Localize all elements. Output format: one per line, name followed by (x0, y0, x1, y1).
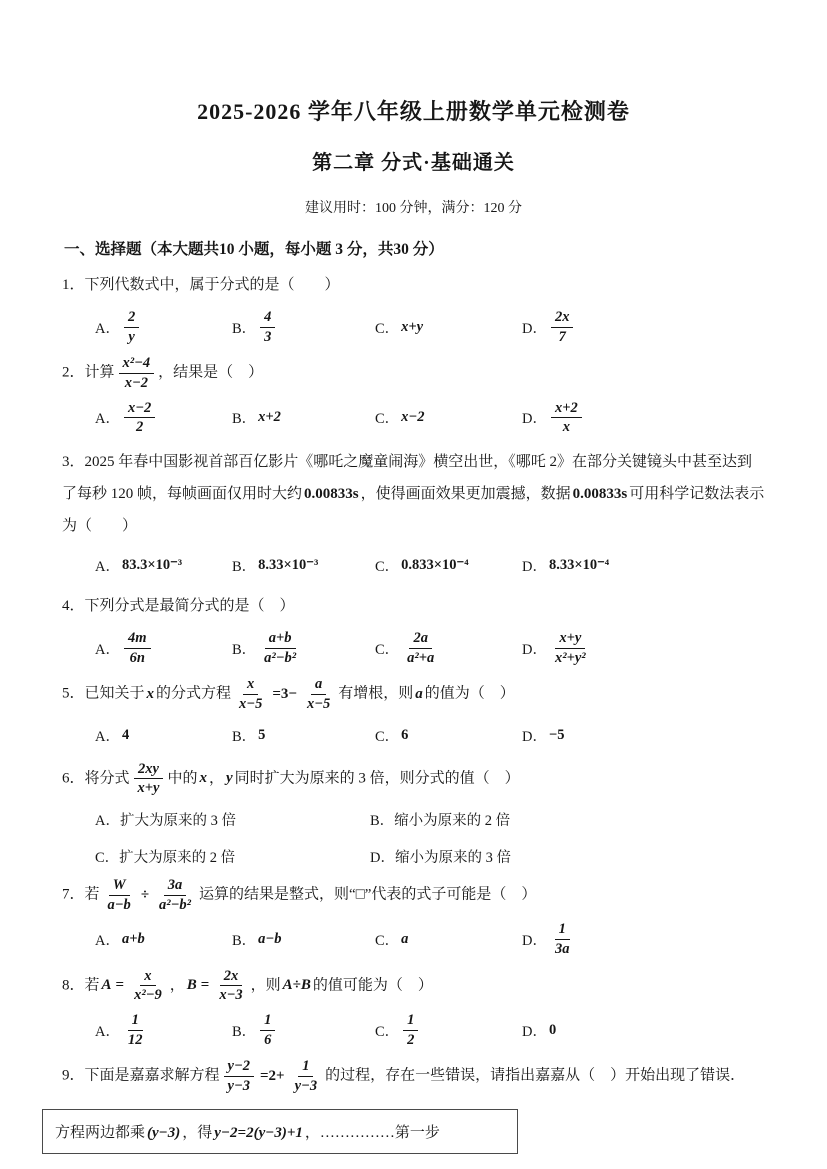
fraction: 2x7 (551, 309, 574, 345)
option: D．8.33×10⁻⁴ (522, 555, 765, 576)
fraction-numerator: 4 (260, 309, 275, 328)
fraction-numerator: 2a (409, 630, 432, 649)
fraction: 2aa²+a (403, 630, 438, 666)
option: C．扩大为原来的 2 倍 (95, 846, 370, 867)
option-label: C． (95, 846, 119, 867)
option-row: A．x−22B．x+2C．x−2D．x+2x (95, 400, 765, 436)
exam-page: 2025-2026 学年八年级上册数学单元检测卷 第二章 分式·基础通关 建议用… (0, 0, 827, 1169)
fraction: x+yx²+y² (551, 630, 590, 666)
option: C．x+y (375, 317, 522, 338)
fraction-numerator: 2xy (134, 761, 163, 780)
fraction-denominator: a²−b² (260, 649, 300, 667)
stem-text: ，结果是（ ） (158, 365, 263, 381)
option-label: A． (95, 317, 120, 338)
stem-text: 的值可能为（ ） (313, 977, 433, 993)
option-label: C． (375, 407, 399, 428)
option-row: A．4B．5C．6D．−5 (95, 721, 765, 751)
fraction: y−2y−3 (224, 1058, 254, 1094)
option: B．43 (232, 309, 375, 345)
option-label: D． (370, 846, 395, 867)
option: D．x+yx²+y² (522, 630, 765, 666)
stem-text: ，使得画面效果更加震撼，数据 (361, 486, 571, 502)
fraction-denominator: x (559, 418, 574, 436)
option-label: D． (522, 407, 547, 428)
question-stem: 9．下面是嘉嘉求解方程y−2y−3=2+1y−3的过程，存在一些错误，请指出嘉嘉… (62, 1058, 765, 1094)
math-expression: y (224, 770, 235, 786)
chapter-subtitle: 第二章 分式·基础通关 (62, 146, 765, 175)
option: A．扩大为原来的 3 倍 (95, 809, 370, 830)
math-expression: x (145, 686, 157, 702)
fraction-numerator: 1 (298, 1058, 313, 1077)
question: 6．将分式2xyx+y中的x，y同时扩大为原来的 3 倍，则分式的值（ ）A．扩… (62, 761, 765, 867)
fraction: 112 (124, 1012, 147, 1048)
option: A．x−22 (95, 400, 232, 436)
math-expression: a+b (120, 931, 147, 948)
stem-text: 1．下列代数式中，属于分式的是（ ） (62, 277, 340, 293)
fraction-numerator: 2x (551, 309, 574, 328)
fraction-numerator: 1 (555, 921, 570, 940)
math-number: =3− (270, 686, 299, 702)
fraction: ax−5 (303, 676, 334, 712)
option: C．2aa²+a (375, 630, 522, 666)
math-expression: a−b (256, 931, 283, 948)
stem-text: 2．计算 (62, 365, 115, 381)
fraction-numerator: y−2 (224, 1058, 254, 1077)
fraction-denominator: a²+a (403, 649, 438, 667)
stem-text: 缩小为原来的 3 倍 (395, 846, 511, 867)
option-label: B． (232, 725, 256, 746)
fraction-numerator: W (109, 877, 130, 896)
fraction-numerator: 1 (260, 1012, 275, 1031)
math-expression: a (399, 931, 410, 948)
question-stem: 6．将分式2xyx+y中的x，y同时扩大为原来的 3 倍，则分式的值（ ） (62, 761, 765, 797)
math-number: 83.3×10⁻³ (120, 557, 184, 574)
question: 2．计算x²−4x−2，结果是（ ）A．x−22B．x+2C．x−2D．x+2x (62, 355, 765, 436)
fraction: 13a (551, 921, 574, 957)
stem-text: ，得 (182, 1125, 212, 1141)
option-label: B． (232, 407, 256, 428)
option: C．0.833×10⁻⁴ (375, 555, 522, 576)
stem-text: 4．下列分式是最简分式的是（ ） (62, 598, 295, 614)
option: B．16 (232, 1012, 375, 1048)
option: A．4m6n (95, 630, 232, 666)
option-label: A． (95, 1020, 120, 1041)
stem-text: 8．若 (62, 977, 100, 993)
fraction-numerator: 1 (128, 1012, 143, 1031)
math-expression: x (197, 770, 209, 786)
fraction-denominator: y (124, 328, 138, 346)
option-row: A．83.3×10⁻³B．8.33×10⁻³C．0.833×10⁻⁴D．8.33… (95, 550, 765, 580)
option-label: D． (522, 555, 547, 576)
question: 8．若A=xx²−9，B=2xx−3，则A÷B的值可能为（ ）A．112B．16… (62, 968, 765, 1049)
option-label: C． (375, 725, 399, 746)
question-stem: 7．若Wa−b÷3aa²−b²运算的结果是整式，则“□”代表的式子可能是（ ） (62, 877, 765, 913)
fraction: 2xyx+y (134, 761, 164, 797)
math-expression: (y−3) (145, 1125, 182, 1141)
option-label: A． (95, 929, 120, 950)
fraction-denominator: x²−9 (130, 986, 166, 1004)
option-label: B． (232, 555, 256, 576)
fraction: 12 (403, 1012, 418, 1048)
stem-text: 第一步 (395, 1125, 440, 1141)
stem-text: 中的 (167, 770, 197, 786)
fraction-numerator: 2x (220, 968, 243, 987)
fraction-numerator: a+b (265, 630, 296, 649)
fraction: x−22 (124, 400, 155, 436)
stem-text: 5．已知关于 (62, 686, 145, 702)
option-label: C． (375, 638, 399, 659)
stem-text: 9．下面是嘉嘉求解方程 (62, 1068, 220, 1084)
option-label: B． (232, 317, 256, 338)
fraction: a+ba²−b² (260, 630, 300, 666)
fraction-numerator: a (311, 676, 326, 695)
fraction-numerator: x+2 (551, 400, 582, 419)
fraction-denominator: 3 (260, 328, 275, 346)
question-stem: 4．下列分式是最简分式的是（ ） (62, 590, 765, 622)
question-stem: 2．计算x²−4x−2，结果是（ ） (62, 355, 765, 391)
option-label: B． (232, 929, 256, 950)
fraction-denominator: x−2 (121, 374, 152, 392)
option: D．0 (522, 1020, 765, 1041)
fraction-denominator: x−5 (235, 695, 266, 713)
fraction-denominator: x−3 (215, 986, 246, 1004)
option: B．a+ba²−b² (232, 630, 375, 666)
math-expression: A÷B (281, 977, 313, 993)
option: C．x−2 (375, 407, 522, 428)
stem-text: 的过程，存在一些错误，请指出嘉嘉从（ ）开始出现了错误． (325, 1068, 745, 1084)
fraction-numerator: 3a (164, 877, 187, 896)
option-label: D． (522, 638, 547, 659)
option-label: D． (522, 1020, 547, 1041)
math-number: = (114, 977, 127, 993)
fraction-denominator: x+y (134, 779, 164, 797)
stem-text: 同时扩大为原来的 3 倍，则分式的值（ ） (235, 770, 520, 786)
fraction-denominator: a²−b² (155, 896, 195, 914)
fraction: 2y (124, 309, 139, 345)
stem-text: 的值为（ ） (425, 686, 515, 702)
stem-text: 方程两边都乘 (55, 1125, 145, 1141)
option: A．112 (95, 1012, 232, 1048)
math-expression: a (413, 686, 425, 702)
math-number: ÷ (139, 887, 151, 903)
fraction-denominator: 3a (551, 940, 574, 958)
option: B．x+2 (232, 407, 375, 428)
question: 3．2025 年春中国影视首部百亿影片《哪吒之魔童闹海》横空出世，《哪吒 2》在… (62, 446, 765, 580)
stem-text: 有增根，则 (338, 686, 413, 702)
fraction: xx−5 (235, 676, 266, 712)
math-number: 0 (547, 1022, 558, 1039)
fraction-numerator: x²−4 (119, 355, 155, 374)
fraction-denominator: y−3 (291, 1077, 321, 1095)
question: 4．下列分式是最简分式的是（ ）A．4m6nB．a+ba²−b²C．2aa²+a… (62, 590, 765, 666)
fraction: x²−4x−2 (119, 355, 155, 391)
math-expression: y−2=2(y−3)+1 (212, 1125, 305, 1141)
stem-text: 的分式方程 (156, 686, 231, 702)
option: B．a−b (232, 929, 375, 950)
fraction-numerator: x−2 (124, 400, 155, 419)
math-expression: A (100, 977, 114, 993)
question-stem: 5．已知关于x的分式方程xx−5=3−ax−5有增根，则a的值为（ ） (62, 676, 765, 712)
option-label: A． (95, 809, 120, 830)
option-label: D． (522, 725, 547, 746)
option-row: A．a+bB．a−bC．aD．13a (95, 921, 765, 957)
option-label: C． (375, 317, 399, 338)
fraction: 3aa²−b² (155, 877, 195, 913)
fraction-denominator: x−5 (303, 695, 334, 713)
fraction: 2xx−3 (215, 968, 246, 1004)
math-number: = (199, 977, 212, 993)
fraction: x+2x (551, 400, 582, 436)
option: A．2y (95, 309, 232, 345)
fraction-numerator: 1 (403, 1012, 418, 1031)
stem-text: 扩大为原来的 2 倍 (119, 846, 235, 867)
option-label: A． (95, 725, 120, 746)
stem-text: 扩大为原来的 3 倍 (120, 809, 236, 830)
fraction-numerator: 4m (124, 630, 151, 649)
math-expression: x+y (399, 319, 425, 336)
math-number: −5 (547, 727, 567, 744)
math-number: 0.00833s (571, 486, 630, 502)
option-label: C． (375, 1020, 399, 1041)
option: D．缩小为原来的 3 倍 (370, 846, 765, 867)
option: D．x+2x (522, 400, 765, 436)
option: B．8.33×10⁻³ (232, 555, 375, 576)
fraction-denominator: x²+y² (551, 649, 590, 667)
question: 7．若Wa−b÷3aa²−b²运算的结果是整式，则“□”代表的式子可能是（ ）A… (62, 877, 765, 958)
math-expression: B (185, 977, 199, 993)
question-list: 1．下列代数式中，属于分式的是（ ）A．2yB．43C．x+yD．2x72．计算… (62, 269, 765, 1095)
stem-text: ， (170, 977, 185, 993)
math-number: 8.33×10⁻⁴ (547, 557, 611, 574)
step-box: 方程两边都乘(y−3)，得y−2=2(y−3)+1，……………第一步 (42, 1109, 518, 1154)
fraction-denominator: 6n (126, 649, 149, 667)
option: B．缩小为原来的 2 倍 (370, 809, 765, 830)
option-label: C． (375, 555, 399, 576)
fraction: 16 (260, 1012, 275, 1048)
stem-text: ， (209, 770, 224, 786)
fraction: xx²−9 (130, 968, 166, 1004)
option: C．a (375, 929, 522, 950)
math-number: 6 (399, 727, 410, 744)
option: D．13a (522, 921, 765, 957)
fraction: 4m6n (124, 630, 151, 666)
option-label: D． (522, 929, 547, 950)
fraction-numerator: x (140, 968, 155, 987)
page-title: 2025-2026 学年八年级上册数学单元检测卷 (62, 95, 765, 126)
math-number: 4 (120, 727, 131, 744)
option-label: A． (95, 407, 120, 428)
fraction: Wa−b (104, 877, 135, 913)
option: C．6 (375, 725, 522, 746)
option-row: A．扩大为原来的 3 倍B．缩小为原来的 2 倍C．扩大为原来的 2 倍D．缩小… (95, 809, 765, 867)
math-expression: x−2 (399, 409, 426, 426)
stem-text: 6．将分式 (62, 770, 130, 786)
question-stem: 1．下列代数式中，属于分式的是（ ） (62, 269, 765, 301)
question: 9．下面是嘉嘉求解方程y−2y−3=2+1y−3的过程，存在一些错误，请指出嘉嘉… (62, 1058, 765, 1094)
math-number: 0.833×10⁻⁴ (399, 557, 470, 574)
option-label: B． (232, 638, 256, 659)
option-label: A． (95, 555, 120, 576)
math-number: 8.33×10⁻³ (256, 557, 320, 574)
fraction-denominator: 2 (132, 418, 147, 436)
option: C．12 (375, 1012, 522, 1048)
math-expression: x+2 (256, 409, 283, 426)
math-number: 5 (256, 727, 267, 744)
option-row: A．4m6nB．a+ba²−b²C．2aa²+aD．x+yx²+y² (95, 630, 765, 666)
option-label: B． (232, 1020, 256, 1041)
option: D．−5 (522, 725, 765, 746)
question-stem: 8．若A=xx²−9，B=2xx−3，则A÷B的值可能为（ ） (62, 968, 765, 1004)
stem-text: 运算的结果是整式，则“□”代表的式子可能是（ ） (199, 887, 536, 903)
fraction-denominator: 7 (555, 328, 570, 346)
fraction-numerator: x (243, 676, 258, 695)
fraction-denominator: a−b (104, 896, 135, 914)
option-label: C． (375, 929, 399, 950)
fraction-numerator: x+y (555, 630, 585, 649)
math-number: 0.00833s (302, 486, 361, 502)
option: A．a+b (95, 929, 232, 950)
option: D．2x7 (522, 309, 765, 345)
option: A．4 (95, 725, 232, 746)
option-row: A．112B．16C．12D．0 (95, 1012, 765, 1048)
fraction: 1y−3 (291, 1058, 321, 1094)
question: 5．已知关于x的分式方程xx−5=3−ax−5有增根，则a的值为（ ）A．4B．… (62, 676, 765, 750)
fraction-denominator: y−3 (224, 1077, 254, 1095)
option-label: D． (522, 317, 547, 338)
fraction-denominator: 6 (260, 1031, 275, 1049)
question-stem: 3．2025 年春中国影视首部百亿影片《哪吒之魔童闹海》横空出世，《哪吒 2》在… (62, 446, 765, 542)
option-label: A． (95, 638, 120, 659)
fraction-numerator: 2 (124, 309, 139, 328)
stem-text: 缩小为原来的 2 倍 (394, 809, 510, 830)
stem-text: ，…………… (305, 1125, 395, 1141)
option-row: A．2yB．43C．x+yD．2x7 (95, 309, 765, 345)
fraction-denominator: 2 (403, 1031, 418, 1049)
option-label: B． (370, 809, 394, 830)
fraction: 43 (260, 309, 275, 345)
option: A．83.3×10⁻³ (95, 555, 232, 576)
stem-text: 7．若 (62, 887, 100, 903)
question: 1．下列代数式中，属于分式的是（ ）A．2yB．43C．x+yD．2x7 (62, 269, 765, 345)
fraction-denominator: 12 (124, 1031, 147, 1049)
option: B．5 (232, 725, 375, 746)
stem-text: ，则 (251, 977, 281, 993)
exam-info-line: 建议用时：100 分钟，满分：120 分 (62, 197, 765, 217)
section-heading: 一、选择题（本大题共10 小题，每小题 3 分，共30 分） (64, 237, 765, 259)
math-number: =2+ (258, 1068, 287, 1084)
